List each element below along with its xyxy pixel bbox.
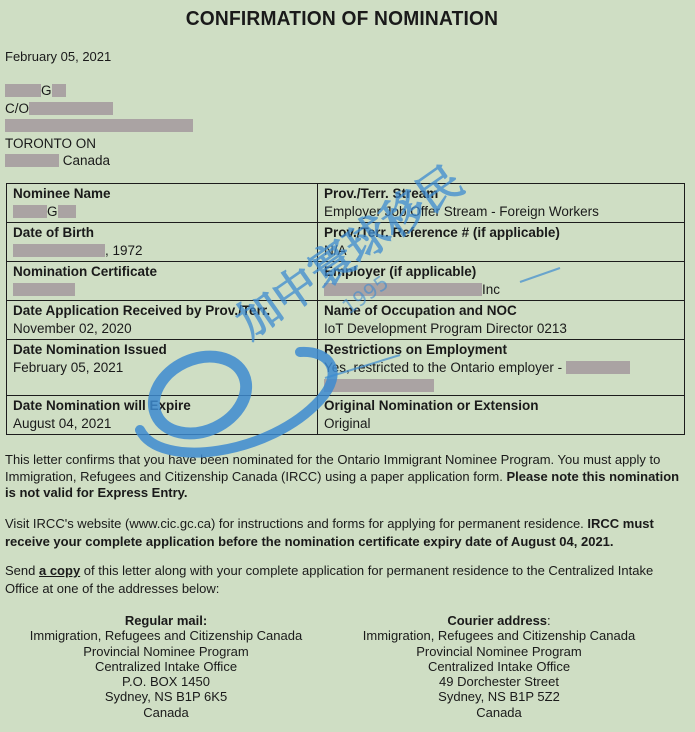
dob-label: Date of Birth — [13, 224, 311, 242]
courier-heading-line: Courier address: — [350, 613, 648, 628]
address-line: Centralized Intake Office — [350, 659, 648, 674]
nominee-name-value: G — [13, 203, 311, 221]
application-received-value: November 02, 2020 — [13, 320, 311, 338]
address-line: 49 Dorchester Street — [350, 674, 648, 689]
stream-value: Employer Job Offer Stream - Foreign Work… — [324, 203, 678, 221]
table-cell: Date Nomination will Expire August 04, 2… — [7, 396, 318, 435]
paragraph-text: of this letter along with your complete … — [5, 563, 653, 596]
table-cell: Employer (if applicable) Inc — [318, 262, 685, 301]
nomination-type-value: Original — [324, 415, 678, 433]
page-title: CONFIRMATION OF NOMINATION — [14, 8, 671, 31]
confirmation-paragraph: This letter confirms that you have been … — [5, 452, 685, 502]
redaction — [29, 102, 113, 115]
dob-year: , 1972 — [105, 243, 143, 258]
table-cell: Date of Birth , 1972 — [7, 223, 318, 262]
send-copy-paragraph: Send a copy of this letter along with yo… — [5, 562, 685, 598]
recipient-name-fragment: G — [41, 83, 52, 98]
city-line: TORONTO ON — [5, 135, 193, 153]
address-line: Centralized Intake Office — [16, 659, 316, 674]
address-line: P.O. BOX 1450 — [16, 674, 316, 689]
address-line: Sydney, NS B1P 5Z2 — [350, 689, 648, 704]
table-row: Date Application Received by Prov./Terr.… — [7, 301, 685, 340]
application-received-label: Date Application Received by Prov./Terr. — [13, 302, 311, 320]
redaction — [52, 84, 66, 97]
table-cell: Date Nomination Issued February 05, 2021 — [7, 340, 318, 396]
courier-heading-colon: : — [547, 613, 551, 628]
nomination-details-table: Nominee Name G Prov./Terr. Stream Employ… — [6, 183, 685, 435]
table-cell: Date Application Received by Prov./Terr.… — [7, 301, 318, 340]
restrictions-value-cont — [324, 377, 678, 395]
street-line — [5, 117, 193, 135]
address-line: Provincial Nominee Program — [16, 644, 316, 659]
address-line: Canada — [16, 705, 316, 720]
paragraph-text: Visit IRCC's website (www.cic.gc.ca) for… — [5, 516, 587, 531]
table-cell: Prov./Terr. Stream Employer Job Offer St… — [318, 184, 685, 223]
care-of-label: C/O — [5, 101, 29, 116]
employer-value: Inc — [324, 281, 678, 299]
nominee-name-label: Nominee Name — [13, 185, 311, 203]
courier-heading: Courier address — [447, 613, 547, 628]
redaction — [13, 205, 47, 218]
regular-mail-address: Regular mail: Immigration, Refugees and … — [16, 613, 316, 720]
address-line: Immigration, Refugees and Citizenship Ca… — [16, 628, 316, 643]
occupation-label: Name of Occupation and NOC — [324, 302, 678, 320]
table-cell: Prov./Terr. Reference # (if applicable) … — [318, 223, 685, 262]
paragraph-text: Send — [5, 563, 39, 578]
care-of-line: C/O — [5, 100, 193, 118]
dob-value: , 1972 — [13, 242, 311, 260]
redaction — [324, 379, 434, 392]
nomination-type-label: Original Nomination or Extension — [324, 397, 678, 415]
restrictions-label: Restrictions on Employment — [324, 341, 678, 359]
table-row: Nomination Certificate Employer (if appl… — [7, 262, 685, 301]
table-cell: Original Nomination or Extension Origina… — [318, 396, 685, 435]
reference-value: N/A — [324, 242, 678, 260]
regular-mail-heading: Regular mail: — [16, 613, 316, 628]
redaction — [324, 283, 482, 296]
letter-date: February 05, 2021 — [5, 49, 111, 64]
table-cell: Nominee Name G — [7, 184, 318, 223]
occupation-value: IoT Development Program Director 0213 — [324, 320, 678, 338]
reference-label: Prov./Terr. Reference # (if applicable) — [324, 224, 678, 242]
redaction — [13, 283, 75, 296]
redaction — [5, 119, 193, 132]
redaction — [5, 154, 59, 167]
table-cell: Nomination Certificate — [7, 262, 318, 301]
recipient-address: G C/O TORONTO ON Canada — [5, 82, 193, 170]
address-line: Immigration, Refugees and Citizenship Ca… — [350, 628, 648, 643]
redaction — [5, 84, 41, 97]
table-cell: Name of Occupation and NOC IoT Developme… — [318, 301, 685, 340]
recipient-name-line: G — [5, 82, 193, 100]
postal-country-line: Canada — [5, 152, 193, 170]
employer-suffix: Inc — [482, 282, 500, 297]
underlined-emphasis: a copy — [39, 563, 80, 578]
stream-label: Prov./Terr. Stream — [324, 185, 678, 203]
redaction — [566, 361, 630, 374]
table-cell: Restrictions on Employment Yes, restrict… — [318, 340, 685, 396]
address-line: Provincial Nominee Program — [350, 644, 648, 659]
table-row: Date Nomination Issued February 05, 2021… — [7, 340, 685, 396]
table-row: Date Nomination will Expire August 04, 2… — [7, 396, 685, 435]
certificate-label: Nomination Certificate — [13, 263, 311, 281]
table-row: Date of Birth , 1972 Prov./Terr. Referen… — [7, 223, 685, 262]
redaction — [58, 205, 76, 218]
nominee-name-fragment: G — [47, 204, 58, 219]
address-line: Canada — [350, 705, 648, 720]
certificate-value — [13, 281, 311, 299]
ircc-paragraph: Visit IRCC's website (www.cic.gc.ca) for… — [5, 515, 685, 551]
table-row: Nominee Name G Prov./Terr. Stream Employ… — [7, 184, 685, 223]
address-line: Sydney, NS B1P 6K5 — [16, 689, 316, 704]
restrictions-text: Yes, restricted to the Ontario employer … — [324, 360, 562, 375]
issued-value: February 05, 2021 — [13, 359, 311, 377]
country: Canada — [63, 153, 110, 168]
expire-label: Date Nomination will Expire — [13, 397, 311, 415]
restrictions-value: Yes, restricted to the Ontario employer … — [324, 359, 678, 377]
issued-label: Date Nomination Issued — [13, 341, 311, 359]
courier-address: Courier address: Immigration, Refugees a… — [350, 613, 648, 720]
employer-label: Employer (if applicable) — [324, 263, 678, 281]
expire-value: August 04, 2021 — [13, 415, 311, 433]
redaction — [13, 244, 105, 257]
